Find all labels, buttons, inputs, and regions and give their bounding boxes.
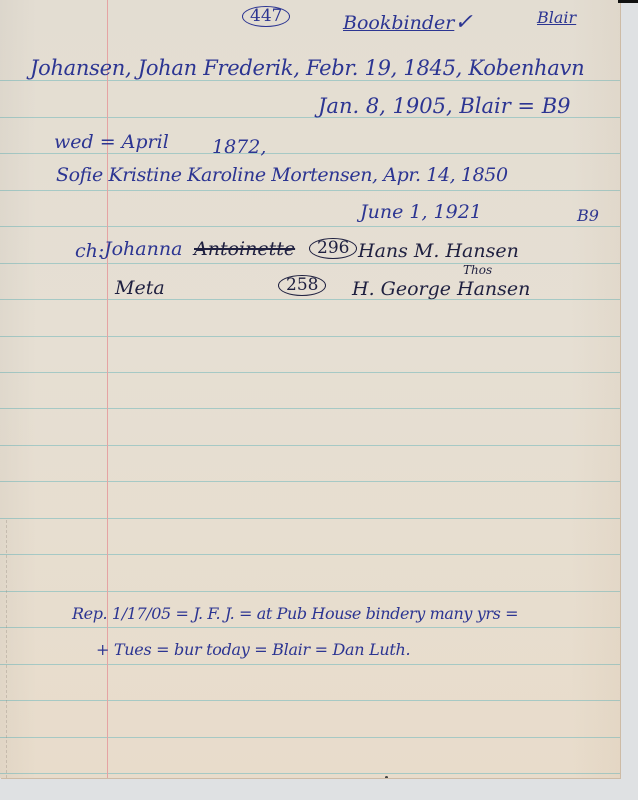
ruled-line xyxy=(0,445,620,446)
perforated-edge xyxy=(0,520,7,778)
ruled-line xyxy=(0,773,620,774)
ruled-line xyxy=(0,408,620,409)
margin-line xyxy=(107,0,108,778)
record-number: 447 xyxy=(242,6,290,27)
ruled-line xyxy=(0,80,620,81)
ruled-line xyxy=(0,481,620,482)
child-ref-number: 258 xyxy=(278,275,326,296)
ruled-line xyxy=(0,226,620,227)
scan-border xyxy=(618,0,638,3)
child-spouse-note: Thos xyxy=(463,264,492,276)
child-name: Meta xyxy=(115,279,165,298)
ruled-line xyxy=(0,591,620,592)
occupation: Bookbinder✓ xyxy=(343,12,473,34)
child-ref-number: 296 xyxy=(309,238,357,259)
ruled-line xyxy=(0,518,620,519)
ruled-line xyxy=(0,190,620,191)
child-spouse: H. George Hansen xyxy=(352,280,530,299)
subject-death: Jan. 8, 1905, Blair = B9 xyxy=(318,96,570,117)
ruled-line xyxy=(0,554,620,555)
child-name: Johanna xyxy=(104,240,182,259)
ruled-line xyxy=(0,664,620,665)
spouse-burial: B9 xyxy=(577,208,599,224)
remarks-line-1: Rep. 1/17/05 = J. F. J. = at Pub House b… xyxy=(72,606,518,622)
child-struck-name: Antoinette xyxy=(194,240,295,259)
ruled-line xyxy=(0,372,620,373)
ruled-line xyxy=(0,737,620,738)
ruled-line xyxy=(0,700,620,701)
check-mark-icon: ✓ xyxy=(454,10,472,35)
spouse-name-birth: Sofie Kristine Karoline Mortensen, Apr. … xyxy=(56,166,508,185)
subject-name-birth: Johansen, Johan Frederik, Febr. 19, 1845… xyxy=(30,58,584,79)
ruled-line xyxy=(0,263,620,264)
child-spouse: Hans M. Hansen xyxy=(358,242,519,261)
marriage-label: wed = April xyxy=(54,133,169,152)
remarks-line-2: + Tues = bur today = Blair = Dan Luth. xyxy=(96,642,410,658)
ruled-line xyxy=(0,336,620,337)
paper-speck xyxy=(385,776,388,778)
children-label: ch: xyxy=(75,242,104,261)
spouse-death: June 1, 1921 xyxy=(360,203,482,222)
location-tag: Blair xyxy=(537,10,576,26)
ruled-line xyxy=(0,153,620,154)
marriage-year: 1872, xyxy=(212,138,266,157)
ruled-line xyxy=(0,627,620,628)
scanned-record-card: 447 Bookbinder✓ Blair Johansen, Johan Fr… xyxy=(0,0,638,800)
ruled-paper-sheet: 447 Bookbinder✓ Blair Johansen, Johan Fr… xyxy=(0,0,620,778)
